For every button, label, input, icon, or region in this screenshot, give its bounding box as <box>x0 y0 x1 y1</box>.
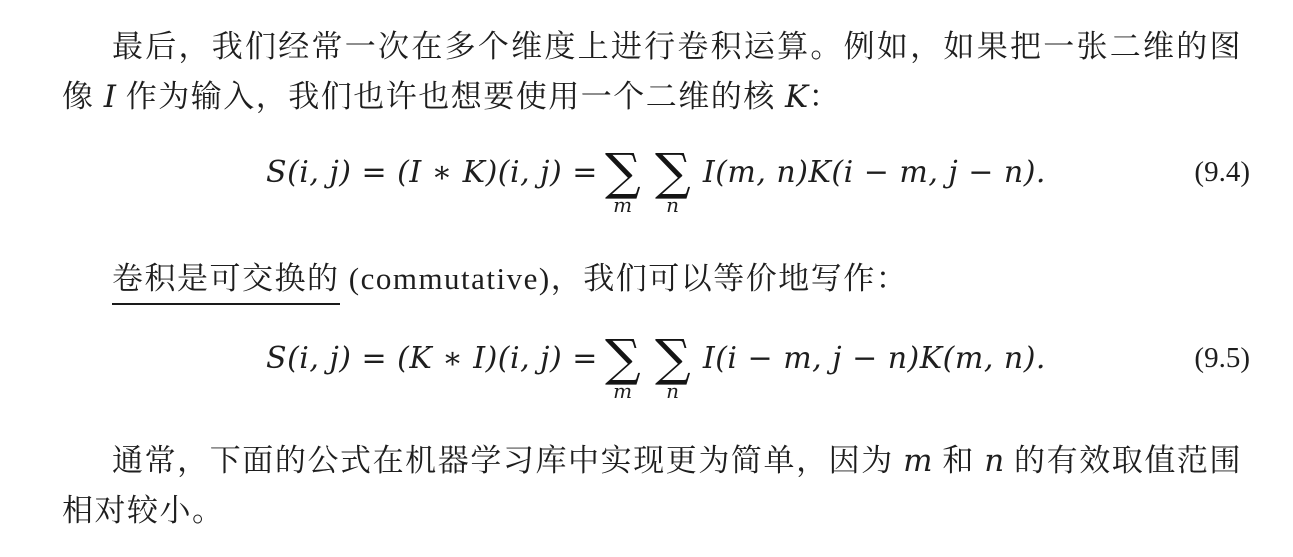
math-variable: I <box>104 79 117 115</box>
math-variable: m <box>903 443 933 479</box>
sum-over-n: ∑ n <box>650 146 696 198</box>
sum-subscript: m <box>600 195 646 215</box>
equation-rhs: I(m, n)K(i − m, j − n). <box>703 155 1046 190</box>
text-run: 作为输入，我们也许也想要使用一个二维的核 <box>117 79 786 114</box>
equation-9-5-formula: S(i, j) = (K ∗ I)(i, j) = ∑ m ∑ n I(i − … <box>266 332 1046 384</box>
paragraph-3-line-2: 相对较小。 <box>62 486 1242 536</box>
paragraph-1: 最后，我们经常一次在多个维度上进行卷积运算。例如，如果把一张二维的图 像 I 作… <box>62 22 1242 122</box>
equation-number: (9.4) <box>1194 146 1250 198</box>
paragraph-3-line-1: 通常，下面的公式在机器学习库中实现更为简单，因为 m 和 n 的有效取值范围 <box>62 436 1242 486</box>
equation-9-5: S(i, j) = (K ∗ I)(i, j) = ∑ m ∑ n I(i − … <box>62 332 1250 412</box>
equation-rhs: I(i − m, j − n)K(m, n). <box>703 341 1046 376</box>
text-run: ： <box>809 79 842 114</box>
sigma-icon: ∑ <box>650 146 696 198</box>
sum-subscript: m <box>600 381 646 401</box>
sum-over-m: ∑ m <box>600 332 646 384</box>
text-run: 和 <box>933 443 984 478</box>
sum-subscript: n <box>650 195 696 215</box>
paragraph-1-line-2: 像 I 作为输入，我们也许也想要使用一个二维的核 K： <box>62 72 1242 122</box>
paragraph-1-line-1: 最后，我们经常一次在多个维度上进行卷积运算。例如，如果把一张二维的图 <box>62 22 1242 72</box>
text-run: 相对较小。 <box>62 493 225 528</box>
paragraph-2: 卷积是可交换的 (commutative)，我们可以等价地写作： <box>62 254 1242 304</box>
paragraph-2-line-1: 卷积是可交换的 (commutative)，我们可以等价地写作： <box>62 254 1242 304</box>
equation-number: (9.5) <box>1194 332 1250 384</box>
sum-over-m: ∑ m <box>600 146 646 198</box>
document-page: 最后，我们经常一次在多个维度上进行卷积运算。例如，如果把一张二维的图 像 I 作… <box>0 0 1293 557</box>
text-run: 通常，下面的公式在机器学习库中实现更为简单，因为 <box>112 443 903 478</box>
text-run: 的有效取值范围 <box>1005 443 1242 478</box>
sigma-icon: ∑ <box>650 332 696 384</box>
equation-lhs: S(i, j) = (I ∗ K)(i, j) = <box>266 155 598 190</box>
math-variable: n <box>984 443 1004 479</box>
math-variable: K <box>785 79 809 115</box>
sum-over-n: ∑ n <box>650 332 696 384</box>
text-run: 最后，我们经常一次在多个维度上进行卷积运算。例如，如果把一张二维的图 <box>112 29 1242 64</box>
equation-lhs: S(i, j) = (K ∗ I)(i, j) = <box>266 341 598 376</box>
sum-subscript: n <box>650 381 696 401</box>
paragraph-3: 通常，下面的公式在机器学习库中实现更为简单，因为 m 和 n 的有效取值范围 相… <box>62 436 1242 536</box>
text-run: 像 <box>62 79 104 114</box>
equation-9-4: S(i, j) = (I ∗ K)(i, j) = ∑ m ∑ n I(m, n… <box>62 146 1250 226</box>
underlined-term: 卷积是可交换的 <box>112 261 340 305</box>
sigma-icon: ∑ <box>600 332 646 384</box>
equation-9-4-formula: S(i, j) = (I ∗ K)(i, j) = ∑ m ∑ n I(m, n… <box>266 146 1046 198</box>
sigma-icon: ∑ <box>600 146 646 198</box>
text-run: (commutative)，我们可以等价地写作： <box>340 261 909 296</box>
